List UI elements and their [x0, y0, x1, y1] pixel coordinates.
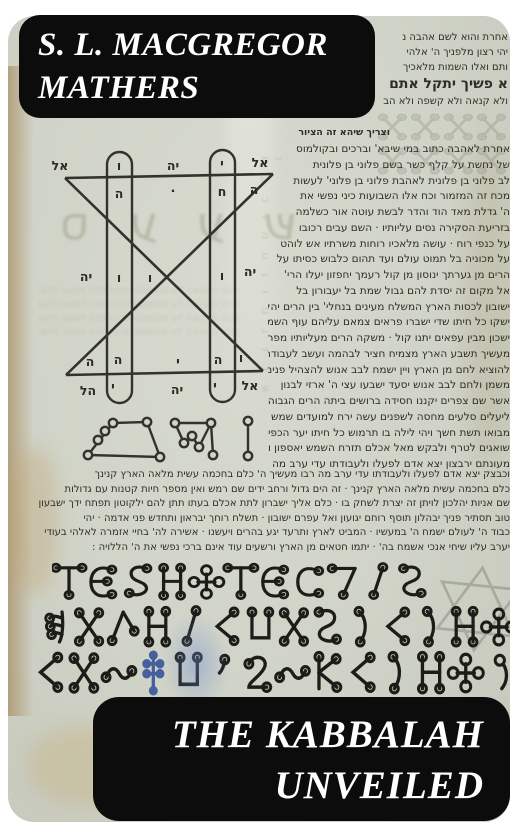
diagram-letter: י	[220, 156, 224, 171]
sigil-glyph-clover	[189, 566, 224, 599]
diagram-letter: יה	[80, 269, 92, 284]
sigil-glyph-slash	[370, 564, 387, 599]
sigil-glyph-paren	[355, 607, 365, 646]
sigil-glyph-X	[70, 654, 98, 692]
text-line-bold: א פשיך יתקל אתם	[360, 75, 508, 94]
text-line: כבוד ה' לעולם ישמח ה' במעשיו · המביט לאר…	[26, 526, 510, 541]
diagram-letter: ה	[250, 182, 259, 197]
diagram-letter: הל	[80, 383, 96, 398]
diagram-letter: אל	[252, 155, 269, 170]
sigil-glyph-lam	[108, 612, 138, 644]
sigil-glyph-apos	[219, 655, 228, 673]
sigil-glyph-C	[298, 567, 323, 597]
sigil-glyph-lt	[41, 653, 62, 691]
text-line: שואגים לטרף ולבקש מאל אכלם תזרח השמש יאס…	[268, 441, 510, 457]
sigil-glyph-seven	[328, 565, 355, 599]
sigil-glyph-slash	[183, 607, 200, 646]
sigil-glyph-S	[125, 565, 151, 597]
text-line: אחרת והוא לשם אהבה נ	[360, 30, 508, 45]
psalm-column: אחרת לאהבה כתוב במי שיבא' וברכים ובקולמו…	[268, 142, 510, 473]
diagram-letter: ה	[214, 352, 223, 367]
diagram-letter: ·	[171, 183, 176, 198]
sigil-glyph-X	[280, 609, 307, 646]
sigil-glyph-X	[445, 115, 471, 140]
text-line: של נחשת על קלף כשר בשם פלוני בן פלונית	[268, 158, 510, 174]
text-line: יערב עליו שיחי אנכי אשמח בה' · יתמו חטאי…	[26, 541, 510, 556]
text-line: אשר שם צפרים יקננו חסידה ברושים ביתה הרי…	[268, 394, 510, 410]
diagram-line	[66, 371, 263, 375]
sigil-glyph-H	[160, 564, 185, 599]
author-name-line2: MATHERS	[38, 67, 375, 110]
text-line: ישובון לכסות הארץ המשלח מעינים בנחלי' בי…	[268, 300, 510, 316]
diagram-letter: י	[111, 379, 115, 394]
author-name-line1: S. L. MACGREGOR	[38, 24, 375, 67]
text-line: על כנפי רוח · עושה מלאכיו רוחות משרתיו א…	[268, 237, 510, 253]
column-header: וצריך שיהא זה הציור	[270, 127, 390, 138]
sigil-glyph-X	[478, 115, 504, 140]
text-line: ותם ואלו השמות מלאכיך	[360, 60, 508, 75]
diagram-letter: ה	[114, 352, 123, 367]
sigil-glyph-U	[248, 608, 273, 638]
sigil-glyph-H	[452, 607, 477, 646]
sigil-glyph-two	[245, 657, 271, 691]
sigil-glyph-comb	[46, 612, 63, 642]
constellation-bar-icon	[244, 417, 252, 460]
kabbalistic-diagram: אלויהיאלה·חהיהווויהההיהוהלייהיאל	[40, 140, 290, 472]
text-line: אחרת לאהבה כתוב במי שיבא' וברכים ובקולמו…	[268, 142, 510, 158]
text-line: משמן ולחם לבב אנוש יסעד ישבעו עצי ה' ארז…	[268, 378, 510, 394]
text-line: ליעלים סלעים מחסה לשפנים עשה ירח למועדים…	[268, 410, 510, 426]
sigil-glyph-tilde	[276, 667, 310, 682]
text-line: ה' גדלת מאד הוד והדר לבשת עוטה אור כשלמה	[268, 205, 510, 221]
sigil-glyph-lt	[217, 608, 238, 645]
corner-note-text: אחרת והוא לשם אהבה נ יהי רצון מלפניך ה' …	[360, 30, 508, 109]
constellation-trapezoid-icon	[84, 418, 164, 461]
diagram-line	[66, 174, 273, 375]
sigil-glyph-clover	[448, 654, 483, 692]
text-line: כלם בחכמה עשית מלאה הארץ קנינך · זה הים …	[26, 483, 510, 498]
sigil-script-row-3	[32, 650, 510, 696]
title-banner: THE KABBALAH UNVEILED	[93, 697, 510, 821]
diagram-letter: ה	[115, 186, 124, 201]
diagram-letter: יה	[167, 158, 179, 173]
sigil-glyph-s2	[400, 565, 426, 597]
sigil-glyph-T	[52, 564, 86, 598]
text-line: לב פלוני בן פלונית לאהבת פלוני בן פלוני'…	[268, 174, 510, 190]
diagram-letter: ה	[86, 354, 95, 369]
diagram-letter: ו	[117, 158, 121, 173]
sigil-glyph-s2	[315, 608, 340, 643]
constellation-zigzag-icon	[171, 419, 217, 459]
diagram-letter: ח	[218, 184, 227, 199]
psalm-bottom-block: וכבצק יצא אדם לפעלו ולעבודתו עדי ערב מה …	[26, 468, 510, 556]
diagram-line	[65, 178, 263, 371]
page-edge-shadow	[8, 66, 38, 716]
sigil-glyph-H	[418, 652, 443, 692]
book-title-line2: UNVEILED	[93, 760, 484, 811]
book-cover: { "cover": { "author_line1": "S. L. MACG…	[0, 0, 525, 840]
text-line: ישקו כל חיתו שדי ישברו פראים צמאם עליהם …	[268, 315, 510, 331]
diagram-letter: ו	[220, 268, 224, 283]
text-line: יהי רצון מלפניך ה' אלהי	[360, 45, 508, 60]
text-line: אל מקום זה יסדת להם גבול שמת בל יעבורון …	[268, 284, 510, 300]
diagram-letter: י	[213, 378, 217, 393]
text-line: על מכוניה בל תמוט עולם ועד תהום כלבוש כס…	[268, 252, 510, 268]
diagram-letter: ו	[148, 270, 152, 285]
sigil-glyph-U	[176, 653, 201, 684]
sigil-script-row-2	[38, 605, 510, 649]
sigil-glyph-lt	[388, 608, 409, 645]
sigil-glyph-K	[315, 652, 341, 691]
sigil-glyph-X	[75, 609, 102, 646]
sigil-glyph-theta	[91, 566, 116, 598]
text-line: ולא קנאה ולא קשפה ולא הב	[360, 94, 508, 109]
diagram-letter: יה	[171, 382, 183, 397]
sigil-glyph-tilde	[102, 667, 136, 682]
sigil-glyph-lt	[353, 653, 374, 691]
sigil-glyph-clover	[482, 609, 510, 645]
sigil-glyph-theta	[263, 566, 288, 598]
text-line: ישכון מבין עפאים יתנו קול · משקה הרים מע…	[268, 331, 510, 347]
text-line: טוב תסתיר פניך יבהלון תוסף רוחם יגועון ו…	[26, 512, 510, 527]
diagram-letter: י	[176, 354, 180, 369]
text-line: בזריעת הסקירה נסים עליותיו · השם עבים רכ…	[268, 221, 510, 237]
sigil-glyph-paren	[389, 652, 399, 692]
diagram-letter: יה	[244, 264, 256, 279]
text-line: מבואו תשת חשך ויהי לילה בו תרמוש כל חיתו…	[268, 426, 510, 442]
diagram-letter: ו	[117, 270, 121, 285]
text-line: שם אניות יהלכון לויתן זה יצרת לשחק בו · …	[26, 497, 510, 512]
diagram-line	[65, 174, 273, 178]
sigil-glyph-nine	[495, 655, 506, 688]
author-banner: S. L. MACGREGOR MATHERS	[19, 15, 375, 118]
sigil-glyph-paren	[423, 607, 433, 646]
diagram-letter: אל	[242, 378, 259, 393]
sigil-glyph-T	[224, 564, 258, 598]
sigil-glyph-X	[412, 115, 438, 140]
book-title-line1: THE KABBALAH	[93, 709, 484, 760]
text-line: מכח זה המזמור וכח אלו השבועות כיני נפשי …	[268, 189, 510, 205]
text-line: מעשיך תשבע הארץ מצמיח חציר לבהמה ועשב לע…	[268, 347, 510, 363]
sigil-glyph-H	[145, 607, 170, 646]
text-line: הרים מן גערתך ינוסון מן קול רעמך יחפזון …	[268, 268, 510, 284]
sigil-glyph-dcross	[144, 652, 163, 694]
text-line: להוציא לחם מן הארץ ויין ישמח לבב אנוש לה…	[268, 363, 510, 379]
diagram-letter: אל	[52, 158, 69, 173]
diagram-letter: ו	[239, 350, 243, 365]
sigil-script-row-1	[52, 562, 430, 602]
